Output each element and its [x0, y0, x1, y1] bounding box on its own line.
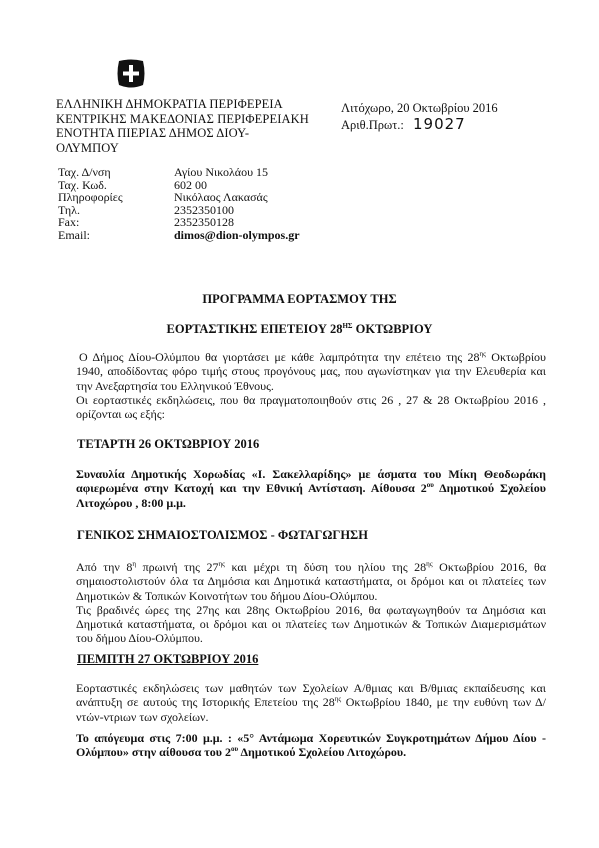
coat-of-arms-icon: [115, 58, 147, 90]
wednesday-event: Συναυλία Δημοτικής Χορωδίας «Ι. Σακελλαρ…: [76, 467, 546, 510]
protocol-number-row: Αριθ.Πρωτ.: 19027: [341, 116, 498, 133]
org-line: ΕΝΟΤΗΤΑ ΠΙΕΡΙΑΣ ΔΗΜΟΣ ΔΙΟΥ-: [56, 126, 309, 141]
org-line: ΕΛΛΗΝΙΚΗ ΔΗΜΟΚΡΑΤΙΑ ΠΕΡΙΦΕΡΕΙΑ: [56, 97, 309, 112]
org-line: ΚΕΝΤΡΙΚΗΣ ΜΑΚΕΔΟΝΙΑΣ ΠΕΡΙΦΕΡΕΙΑΚΗ: [56, 112, 309, 127]
org-line: ΟΛΥΜΠΟΥ: [56, 141, 309, 156]
thursday-dance-event: Το απόγευμα στις 7:00 μ.μ. : «5° Αντάμωμ…: [76, 731, 546, 760]
date-block: Λιτόχωρο, 20 Οκτωβρίου 2016 Αριθ.Πρωτ.: …: [341, 100, 498, 133]
issuing-authority: ΕΛΛΗΝΙΚΗ ΔΗΜΟΚΡΑΤΙΑ ΠΕΡΙΦΕΡΕΙΑ ΚΕΝΤΡΙΚΗΣ…: [56, 97, 309, 155]
email-link[interactable]: dimos@dion-olympos.gr: [174, 229, 300, 242]
intro-paragraph: Ο Δήμος Δίου-Ολύμπου θα γιορτάσει με κάθ…: [76, 350, 546, 421]
intro-schedule-line: Οι εορταστικές εκδηλώσεις, που θα πραγμα…: [76, 393, 546, 422]
section-heading-general: ΓΕΝΙΚΟΣ ΣΗΜΑΙΟΣΤΟΛΙΣΜΟΣ - ΦΩΤΑΓΩΓΗΣΗ: [77, 528, 368, 543]
contact-row: Email:dimos@dion-olympos.gr: [58, 229, 300, 242]
contact-row: Ταχ. Δ/νσηΑγίου Νικολάου 15: [58, 166, 300, 179]
document-date: Λιτόχωρο, 20 Οκτωβρίου 2016: [341, 100, 498, 116]
document-subtitle: ΕΟΡΤΑΣΤΙΚΗΣ ΕΠΕΤΕΙΟΥ 28ΗΣ ΟΚΤΩΒΡΙΟΥ: [0, 322, 599, 337]
section-heading-wednesday: ΤΕΤΑΡΤΗ 26 ΟΚΤΩΒΡΙΟΥ 2016: [77, 437, 259, 452]
thursday-school-events: Εορταστικές εκδηλώσεις των μαθητών των Σ…: [76, 681, 546, 724]
protocol-label: Αριθ.Πρωτ.:: [341, 118, 404, 132]
document-title: ΠΡΟΓΡΑΜΜΑ ΕΟΡΤΑΣΜΟΥ ΤΗΣ: [0, 292, 599, 307]
section-heading-thursday: ΠΕΜΠΤΗ 27 ΟΚΤΩΒΡΙΟΥ 2016: [77, 652, 258, 667]
protocol-number: 19027: [413, 115, 466, 133]
contact-row: ΠληροφορίεςΝικόλαος Λακασάς: [58, 191, 300, 204]
contact-details: Ταχ. Δ/νσηΑγίου Νικολάου 15 Ταχ. Κωδ.602…: [58, 166, 300, 242]
general-paragraphs: Από την 8η πρωινή της 27ης και μέχρι τη …: [76, 560, 546, 646]
